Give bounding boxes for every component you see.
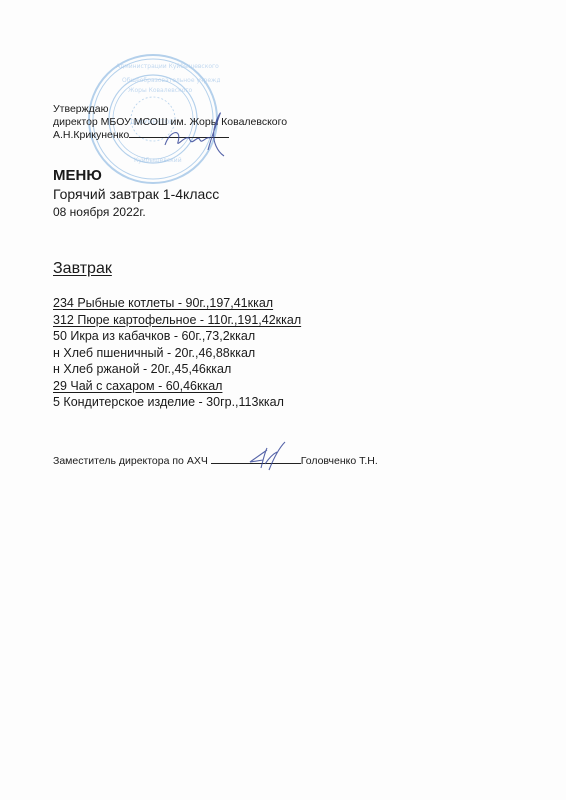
menu-item: 5 Кондитерское изделие - 30гр.,113ккал [53, 394, 301, 411]
menu-items-list: 234 Рыбные котлеты - 90г.,197,41ккал 312… [53, 295, 301, 411]
menu-title: МЕНЮ [53, 167, 102, 184]
approval-heading: Утверждаю [53, 103, 287, 116]
menu-date: 08 ноября 2022г. [53, 205, 146, 219]
menu-item: н Хлеб пшеничный - 20г.,46,88ккал [53, 345, 301, 362]
deputy-position: Заместитель директора по АХЧ [53, 455, 208, 467]
menu-item: н Хлеб ржаной - 20г.,45,46ккал [53, 361, 301, 378]
menu-item: 29 Чай с сахаром - 60,46ккал [53, 378, 301, 395]
approval-block: Утверждаю директор МБОУ МСОШ им. Жоры Ко… [53, 103, 287, 142]
deputy-name: Головченко Т.Н. [301, 455, 378, 467]
menu-item: 50 Икра из кабачков - 60г.,73,2ккал [53, 328, 301, 345]
deputy-signature-line [211, 463, 301, 464]
svg-text:Куйбышевский: Куйбышевский [134, 157, 182, 164]
section-title: Завтрак [53, 260, 112, 278]
svg-text:Общеобразовательное учреждение: Общеобразовательное учреждение [122, 77, 220, 84]
svg-text:Жоры Ковалевского: Жоры Ковалевского [128, 87, 193, 94]
signature-line [129, 137, 229, 138]
director-name: А.Н.Крикуненко [53, 129, 129, 141]
menu-item: 312 Пюре картофельное - 110г.,191,42ккал [53, 312, 301, 329]
approval-signatory: А.Н.Крикуненко [53, 129, 287, 142]
menu-item: 234 Рыбные котлеты - 90г.,197,41ккал [53, 295, 301, 312]
svg-text:Администрации Куйбышевского: Администрации Куйбышевского [116, 63, 219, 70]
deputy-signature-block: Заместитель директора по АХЧ Головченко … [53, 455, 378, 467]
menu-subtitle: Горячий завтрак 1-4класс [53, 186, 219, 202]
approval-position: директор МБОУ МСОШ им. Жоры Ковалевского [53, 116, 287, 129]
